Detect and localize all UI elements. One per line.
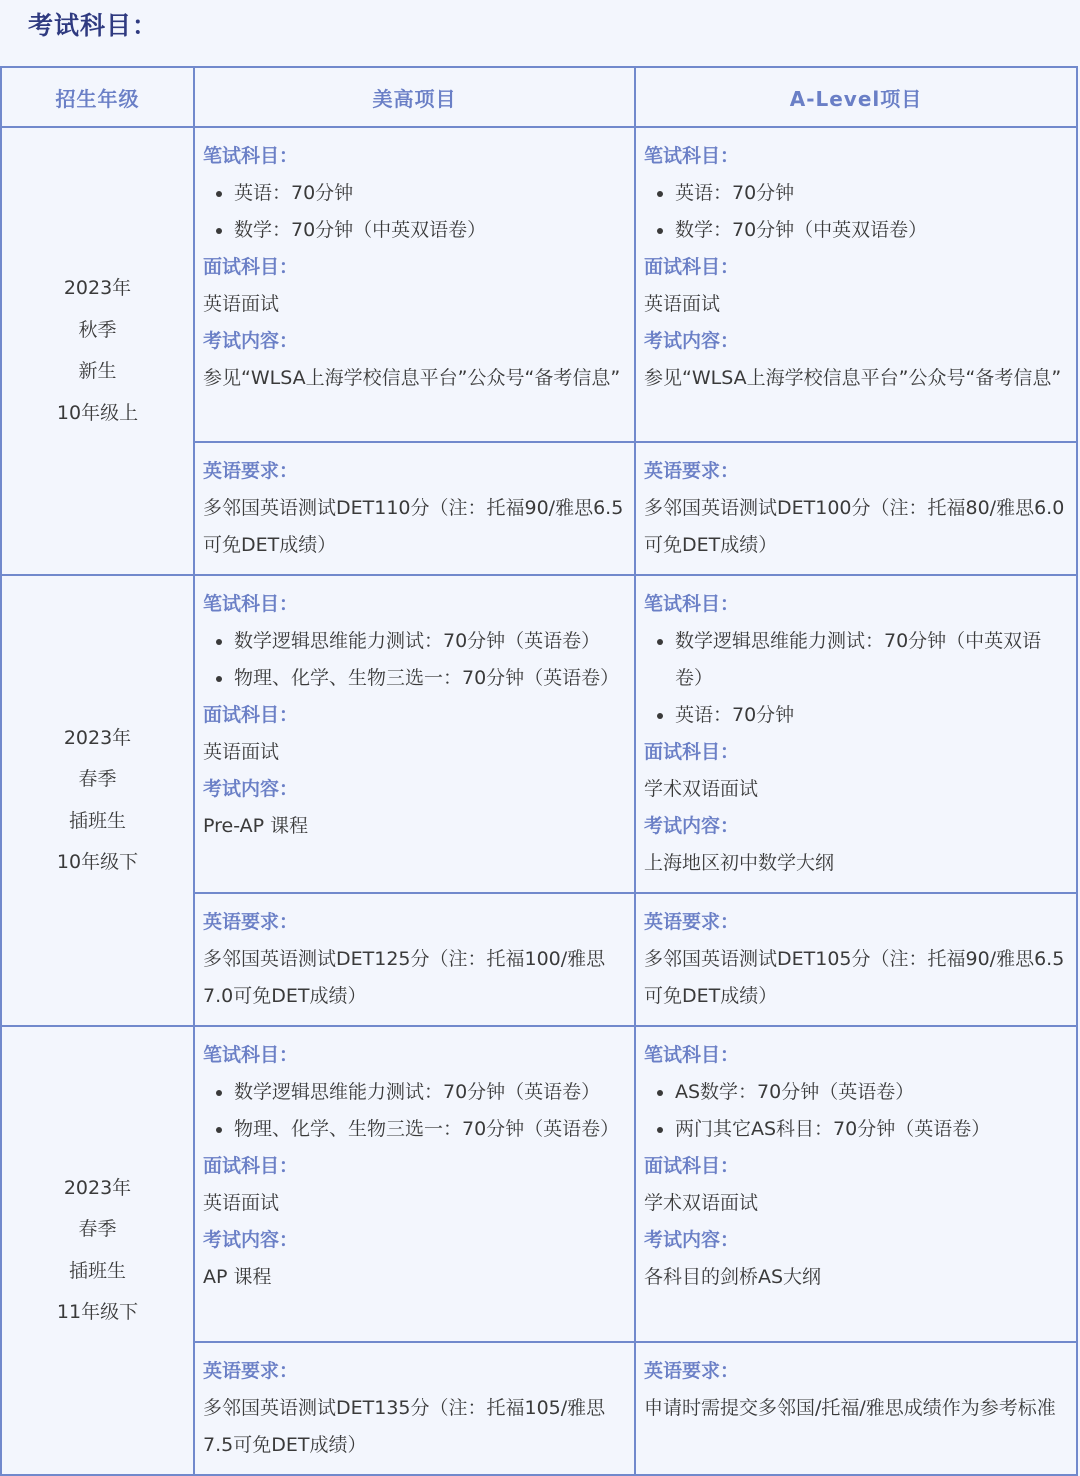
- interview-label: 面试科目：: [644, 1148, 1068, 1185]
- written-label: 笔试科目：: [644, 1037, 1068, 1074]
- list-item: 数学：70分钟（中英双语卷）: [234, 212, 626, 249]
- written-label: 笔试科目：: [644, 138, 1068, 175]
- interview-text: 英语面试: [203, 734, 626, 771]
- us-english-cell: 英语要求： 多邻国英语测试DET135分（注：托福105/雅思7.5可免DET成…: [194, 1342, 635, 1465]
- content-label: 考试内容：: [203, 771, 626, 808]
- header-us-program: 美高项目: [194, 67, 635, 127]
- interview-label: 面试科目：: [644, 734, 1068, 771]
- content-label: 考试内容：: [203, 323, 626, 360]
- english-label: 英语要求：: [203, 1353, 626, 1390]
- list-item: 数学逻辑思维能力测试：70分钟（英语卷）: [234, 623, 626, 660]
- header-alevel-program: A-Level项目: [635, 67, 1077, 127]
- table-row: 2023年 春季 插班生 10年级下 笔试科目： 数学逻辑思维能力测试：70分钟…: [1, 575, 1077, 893]
- interview-text: 学术双语面试: [644, 771, 1068, 808]
- content-label: 考试内容：: [644, 1222, 1068, 1259]
- us-exam-cell: 笔试科目： 数学逻辑思维能力测试：70分钟（英语卷） 物理、化学、生物三选一：7…: [194, 575, 635, 893]
- grade-cell: 2023年 春季 插班生 10年级下: [1, 575, 194, 1026]
- grade-level: 10年级下: [3, 842, 192, 884]
- english-text: 申请时需提交多邻国/托福/雅思成绩作为参考标准: [644, 1390, 1068, 1427]
- grade-type: 插班生: [3, 801, 192, 843]
- grade-type: 新生: [3, 351, 192, 393]
- written-list: 数学逻辑思维能力测试：70分钟（英语卷） 物理、化学、生物三选一：70分钟（英语…: [203, 623, 626, 697]
- interview-text: 英语面试: [203, 286, 626, 323]
- english-label: 英语要求：: [644, 904, 1068, 941]
- list-item: AS数学：70分钟（英语卷）: [675, 1074, 1068, 1111]
- grade-season: 春季: [3, 1209, 192, 1251]
- content-text: 各科目的剑桥AS大纲: [644, 1259, 1068, 1296]
- grade-level: 11年级下: [3, 1292, 192, 1334]
- english-label: 英语要求：: [644, 453, 1068, 490]
- us-exam-cell: 笔试科目： 英语：70分钟 数学：70分钟（中英双语卷） 面试科目： 英语面试 …: [194, 127, 635, 442]
- content-text: AP 课程: [203, 1259, 626, 1296]
- english-label: 英语要求：: [203, 904, 626, 941]
- list-item: 数学：70分钟（中英双语卷）: [675, 212, 1068, 249]
- list-item: 数学逻辑思维能力测试：70分钟（中英双语卷）: [675, 623, 1068, 697]
- interview-label: 面试科目：: [644, 249, 1068, 286]
- grade-cell: 2023年 春季 插班生 11年级下: [1, 1026, 194, 1465]
- written-list: 英语：70分钟 数学：70分钟（中英双语卷）: [203, 175, 626, 249]
- content-label: 考试内容：: [203, 1222, 626, 1259]
- us-english-cell: 英语要求： 多邻国英语测试DET125分（注：托福100/雅思7.0可免DET成…: [194, 893, 635, 1026]
- interview-label: 面试科目：: [203, 249, 626, 286]
- alevel-english-cell: 英语要求： 多邻国英语测试DET105分（注：托福90/雅思6.5可免DET成绩…: [635, 893, 1077, 1026]
- grade-type: 插班生: [3, 1251, 192, 1293]
- english-text: 多邻国英语测试DET110分（注：托福90/雅思6.5可免DET成绩）: [203, 490, 626, 564]
- english-text: 多邻国英语测试DET100分（注：托福80/雅思6.0可免DET成绩）: [644, 490, 1068, 564]
- alevel-exam-cell: 笔试科目： AS数学：70分钟（英语卷） 两门其它AS科目：70分钟（英语卷） …: [635, 1026, 1077, 1342]
- table-row: 2023年 春季 插班生 11年级下 笔试科目： 数学逻辑思维能力测试：70分钟…: [1, 1026, 1077, 1342]
- us-exam-cell: 笔试科目： 数学逻辑思维能力测试：70分钟（英语卷） 物理、化学、生物三选一：7…: [194, 1026, 635, 1342]
- alevel-english-cell: 英语要求： 多邻国英语测试DET100分（注：托福80/雅思6.0可免DET成绩…: [635, 442, 1077, 575]
- table-row: 2023年 秋季 新生 10年级上 笔试科目： 英语：70分钟 数学：70分钟（…: [1, 127, 1077, 442]
- content-label: 考试内容：: [644, 808, 1068, 845]
- list-item: 英语：70分钟: [675, 175, 1068, 212]
- written-list: AS数学：70分钟（英语卷） 两门其它AS科目：70分钟（英语卷）: [644, 1074, 1068, 1148]
- list-item: 数学逻辑思维能力测试：70分钟（英语卷）: [234, 1074, 626, 1111]
- us-english-cell: 英语要求： 多邻国英语测试DET110分（注：托福90/雅思6.5可免DET成绩…: [194, 442, 635, 575]
- list-item: 英语：70分钟: [234, 175, 626, 212]
- english-label: 英语要求：: [644, 1353, 1068, 1390]
- grade-year: 2023年: [3, 268, 192, 310]
- grade-level: 10年级上: [3, 393, 192, 435]
- written-label: 笔试科目：: [203, 138, 626, 175]
- english-label: 英语要求：: [203, 453, 626, 490]
- grade-year: 2023年: [3, 1168, 192, 1210]
- written-list: 数学逻辑思维能力测试：70分钟（中英双语卷） 英语：70分钟: [644, 623, 1068, 734]
- written-label: 笔试科目：: [644, 586, 1068, 623]
- table-header-row: 招生年级 美高项目 A-Level项目: [1, 67, 1077, 127]
- content-text: 参见“WLSA上海学校信息平台”公众号“备考信息”: [644, 360, 1068, 397]
- list-item: 物理、化学、生物三选一：70分钟（英语卷）: [234, 1111, 626, 1148]
- content-text: 上海地区初中数学大纲: [644, 845, 1068, 882]
- content-label: 考试内容：: [644, 323, 1068, 360]
- grade-year: 2023年: [3, 718, 192, 760]
- written-list: 数学逻辑思维能力测试：70分钟（英语卷） 物理、化学、生物三选一：70分钟（英语…: [203, 1074, 626, 1148]
- exam-subjects-table: 招生年级 美高项目 A-Level项目 2023年 秋季 新生 10年级上 笔试…: [0, 66, 1078, 1465]
- written-label: 笔试科目：: [203, 1037, 626, 1074]
- interview-text: 学术双语面试: [644, 1185, 1068, 1222]
- english-text: 多邻国英语测试DET105分（注：托福90/雅思6.5可免DET成绩）: [644, 941, 1068, 1015]
- list-item: 物理、化学、生物三选一：70分钟（英语卷）: [234, 660, 626, 697]
- content-text: 参见“WLSA上海学校信息平台”公众号“备考信息”: [203, 360, 626, 397]
- grade-season: 秋季: [3, 310, 192, 352]
- grade-season: 春季: [3, 759, 192, 801]
- content-text: Pre-AP 课程: [203, 808, 626, 845]
- section-title: 考试科目：: [28, 6, 158, 42]
- written-label: 笔试科目：: [203, 586, 626, 623]
- alevel-english-cell: 英语要求： 申请时需提交多邻国/托福/雅思成绩作为参考标准: [635, 1342, 1077, 1465]
- english-text: 多邻国英语测试DET125分（注：托福100/雅思7.0可免DET成绩）: [203, 941, 626, 1015]
- list-item: 英语：70分钟: [675, 697, 1068, 734]
- written-list: 英语：70分钟 数学：70分钟（中英双语卷）: [644, 175, 1068, 249]
- interview-text: 英语面试: [203, 1185, 626, 1222]
- english-text: 多邻国英语测试DET135分（注：托福105/雅思7.5可免DET成绩）: [203, 1390, 626, 1464]
- list-item: 两门其它AS科目：70分钟（英语卷）: [675, 1111, 1068, 1148]
- alevel-exam-cell: 笔试科目： 英语：70分钟 数学：70分钟（中英双语卷） 面试科目： 英语面试 …: [635, 127, 1077, 442]
- grade-cell: 2023年 秋季 新生 10年级上: [1, 127, 194, 575]
- interview-label: 面试科目：: [203, 1148, 626, 1185]
- alevel-exam-cell: 笔试科目： 数学逻辑思维能力测试：70分钟（中英双语卷） 英语：70分钟 面试科…: [635, 575, 1077, 893]
- header-grade: 招生年级: [1, 67, 194, 127]
- interview-text: 英语面试: [644, 286, 1068, 323]
- interview-label: 面试科目：: [203, 697, 626, 734]
